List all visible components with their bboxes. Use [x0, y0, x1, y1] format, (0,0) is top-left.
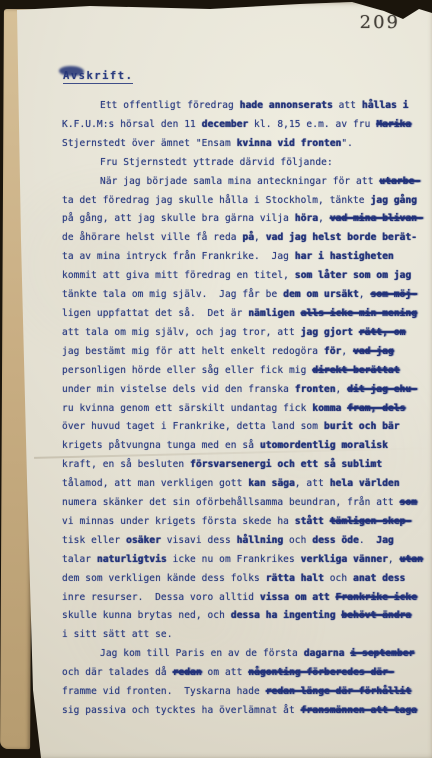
typed-line: ru kvinna genom ett särskilt undantag fi…: [62, 400, 428, 419]
overinked-text: på: [242, 232, 254, 243]
crossed-out-text: tämligen skep-: [330, 516, 411, 527]
typed-line: talar naturligtvis icke nu om Frankrikes…: [62, 551, 428, 570]
overinked-text: dagarna: [304, 648, 345, 659]
typed-line: När jag började samla mina anteckningar …: [62, 173, 428, 192]
overinked-text: dessa ha ingenting: [231, 610, 336, 621]
crossed-out-text: direkt berättat: [312, 365, 399, 376]
typed-line: Stjernstedt över ämnet "Ensam kvinna vid…: [62, 135, 428, 154]
typed-line: personligen hörde eller såg eller fick m…: [62, 362, 428, 381]
typed-line: jag bestämt mig för att helt enkelt redo…: [62, 343, 428, 362]
document-page: 209 Avskrift. Ett offentligt föredrag ha…: [0, 0, 432, 758]
overinked-text: Jag: [376, 535, 393, 546]
overinked-text: rätta halt: [266, 573, 324, 584]
overinked-text: kan säga: [248, 478, 295, 489]
photo-background: 209 Avskrift. Ett offentligt föredrag ha…: [0, 0, 432, 758]
typed-line: numera skänker det sin oförbehållsamma b…: [62, 494, 428, 513]
typed-line: ligen uppfattat det så. Det är nämligen …: [62, 305, 428, 324]
overinked-text: stått: [295, 516, 324, 527]
typed-line: Fru Stjernstedt yttrade därvid följande:: [62, 154, 428, 173]
overinked-text: hållning: [237, 535, 284, 546]
overinked-text: kvinna vid fronten: [237, 138, 342, 149]
overinked-text: anat dess: [353, 573, 405, 584]
typed-line: kraft, en så besluten försvarsenergi och…: [62, 456, 428, 475]
overinked-text: för: [324, 346, 341, 357]
typed-line: tänkte tala om mig själv. Jag får be dem…: [62, 286, 428, 305]
transcript-heading: Avskrift.: [63, 64, 133, 83]
typed-line: Ett offentligt föredrag hade annonserats…: [62, 97, 428, 116]
typed-line: dem som verkligen kände dess folks rätta…: [62, 570, 428, 589]
typed-line: att tala om mig själv, och jag tror, att…: [62, 324, 428, 343]
crossed-out-text: som: [400, 497, 417, 508]
crossed-out-text: Marika: [376, 119, 411, 130]
typed-line: tålamod, att man verkligen gott kan säga…: [62, 475, 428, 494]
overinked-text: komma: [312, 403, 341, 414]
crossed-out-text: vad mina blivan-: [330, 213, 423, 224]
typed-line: och där talades då redan om att någontin…: [62, 664, 428, 683]
overinked-text: vissa om att: [260, 592, 330, 603]
paragraph: När jag började samla mina anteckningar …: [62, 173, 428, 646]
overinked-text: vad jag helst borde berät-: [266, 232, 417, 243]
crossed-out-text: som möj-: [370, 289, 417, 300]
overinked-text: dess öde: [312, 535, 359, 546]
typed-line: framme vid fronten. Tyskarna hade redan …: [62, 683, 428, 702]
overinked-text: försvarsenergi och ett så sublimt: [190, 459, 382, 470]
typed-line: på gång, att jag skulle bra gärna vilja …: [62, 210, 428, 229]
crossed-out-text: alls icke min mening: [301, 308, 417, 319]
ink-blot: [59, 66, 84, 76]
overinked-text: som låter som om jag: [295, 270, 411, 281]
typed-line: i sitt sätt att se.: [62, 626, 428, 645]
overinked-text: jag gjort: [301, 327, 353, 338]
overinked-text: dem om ursäkt: [283, 289, 359, 300]
paragraph: Jag kom till Paris en av de första dagar…: [62, 645, 428, 721]
crossed-out-text: utan: [400, 554, 423, 565]
overinked-text: naturligtvis: [97, 554, 167, 565]
crossed-out-text: rätt, om: [359, 327, 406, 338]
crossed-out-text: redan: [173, 667, 202, 678]
overinked-text: hållas i: [362, 100, 409, 111]
overinked-text: burit och bär: [324, 421, 400, 432]
page-number-stamp: 209: [360, 12, 400, 33]
crossed-out-text: Frankrike icke: [336, 592, 417, 603]
typed-line: under min vistelse dels vid den franska …: [62, 381, 428, 400]
typed-line: skulle kunna brytas ned, och dessa ha in…: [62, 607, 428, 626]
paragraph: Fru Stjernstedt yttrade därvid följande:: [62, 154, 428, 173]
overinked-text: höra: [295, 213, 318, 224]
typed-line: K.F.U.M:s hörsal den 11 december kl. 8,1…: [62, 116, 428, 135]
typed-line: inre resurser. Dessa voro alltid vissa o…: [62, 589, 428, 608]
crossed-out-text: i september: [350, 648, 414, 659]
overinked-text: fronten: [295, 384, 336, 395]
typed-line: ta av mina intryck från Frankrike. Jag h…: [62, 248, 428, 267]
typed-line: ta det föredrag jag skulle hålla i Stock…: [62, 192, 428, 211]
crossed-out-text: utarbe-: [379, 176, 420, 187]
crossed-out-text: fransmännen att taga: [301, 705, 417, 716]
overinked-text: december: [202, 119, 249, 130]
typed-line: tisk eller osäker visavi dess hållning o…: [62, 532, 428, 551]
crossed-out-text: fram, dels: [347, 403, 405, 414]
overinked-text: osäker: [126, 535, 161, 546]
typed-body: Ett offentligt föredrag hade annonserats…: [62, 97, 428, 721]
typed-line: sig passiva och tycktes ha överlämnat åt…: [62, 702, 428, 721]
overinked-text: utomordentlig moralisk: [260, 440, 388, 451]
typed-line: Jag kom till Paris en av de första dagar…: [62, 645, 428, 664]
typed-line: över huvud taget i Frankrike, detta land…: [62, 418, 428, 437]
typed-line: vi minnas under krigets första skede ha …: [62, 513, 428, 532]
overinked-text: hade annonserats: [240, 100, 333, 111]
typed-line: kommit att giva mitt föredrag en titel, …: [62, 267, 428, 286]
paragraph: Ett offentligt föredrag hade annonserats…: [62, 97, 428, 154]
crossed-out-text: vad jag: [353, 346, 394, 357]
crossed-out-text: behövt ändra: [341, 610, 411, 621]
crossed-out-text: dit jag ehu-: [347, 384, 417, 395]
overinked-text: verkliga vänner: [301, 554, 388, 565]
overinked-text: hela världen: [330, 478, 400, 489]
overinked-text: jag gång: [370, 195, 417, 206]
typed-line: krigets påtvungna tunga med en så utomor…: [62, 437, 428, 456]
overinked-text: har i hastigheten: [295, 251, 394, 262]
crossed-out-text: någonting förberedes där-: [248, 667, 394, 678]
overinked-text: nämligen: [248, 308, 295, 319]
crossed-out-text: redan länge där förhållit: [266, 686, 412, 697]
typed-line: de åhörare helst ville få reda på, vad j…: [62, 229, 428, 248]
